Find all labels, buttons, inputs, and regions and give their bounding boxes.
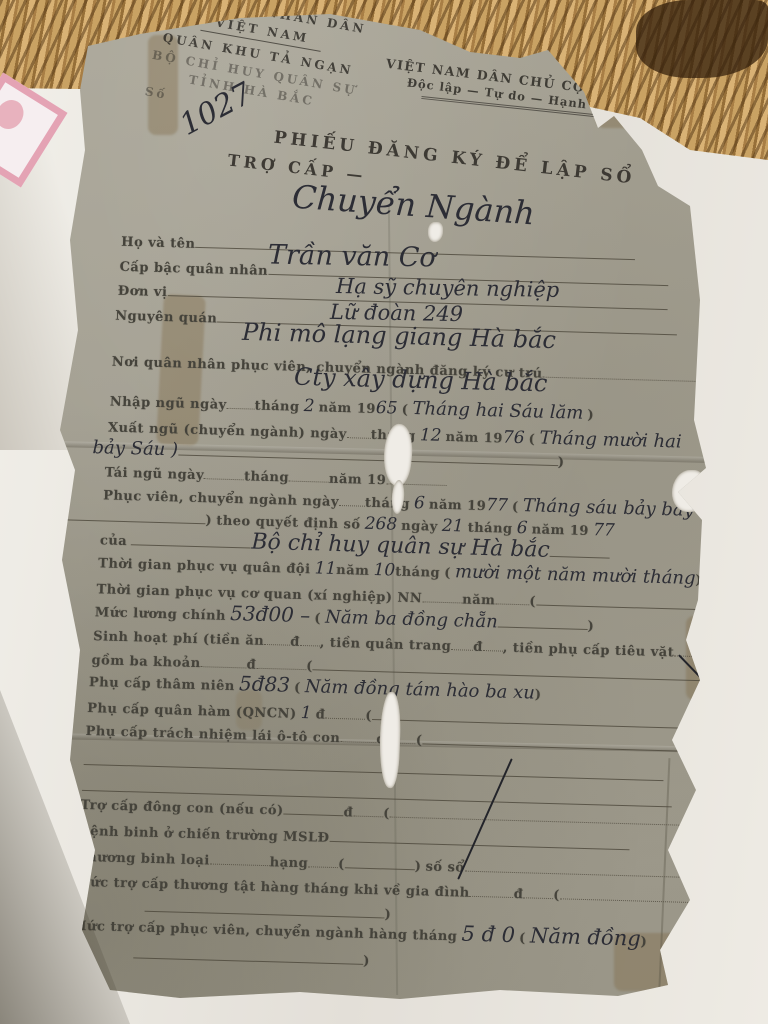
pink-stamp-mark bbox=[0, 95, 29, 134]
field-label: tháng bbox=[254, 399, 299, 415]
paren: ( bbox=[401, 403, 408, 418]
handwritten-date-words: bảy Sáu ) bbox=[92, 437, 178, 460]
fill-line bbox=[339, 494, 365, 507]
handwritten-amount-words: Năm đồng bbox=[530, 923, 641, 950]
field-label: Mức lương chính bbox=[95, 605, 226, 624]
handwritten-native-place: Phi mô lạng giang Hà bắc bbox=[242, 320, 556, 352]
paren: ) bbox=[205, 513, 212, 528]
paren: ) bbox=[415, 859, 422, 874]
fill-line bbox=[178, 443, 558, 466]
fill-line bbox=[84, 753, 664, 781]
field-label: Mức trợ cấp thương tật hàng tháng khi về… bbox=[75, 875, 470, 901]
fill-line bbox=[227, 397, 255, 410]
handwritten-salary: 53đ00 – bbox=[230, 601, 311, 627]
handwritten-month: 6 bbox=[516, 518, 527, 538]
handwritten-year: 77 bbox=[486, 495, 508, 516]
handwritten-rank: Hạ sỹ chuyên nghiệp bbox=[336, 276, 560, 301]
handwritten-month: 6 bbox=[414, 493, 425, 513]
handwritten-amount: 1 bbox=[301, 703, 312, 723]
handwritten-months: 10 bbox=[373, 560, 395, 581]
field-label: Sinh hoạt phí (tiền ăn bbox=[93, 629, 264, 649]
fill-line bbox=[536, 594, 716, 611]
field-label: đ bbox=[316, 707, 326, 722]
fill-line bbox=[345, 856, 415, 870]
handwritten-years: 11 bbox=[314, 558, 336, 579]
field-label: Phụ cấp trách nhiệm lái ô-tô con bbox=[85, 724, 340, 746]
field-label: năm 19 bbox=[429, 498, 487, 515]
close-paren-line: ) bbox=[133, 946, 370, 969]
field-label: đ bbox=[343, 805, 353, 820]
field-label: năm bbox=[336, 563, 370, 579]
close-paren-line: ) bbox=[144, 900, 391, 923]
field-label: Phụ cấp thâm niên bbox=[89, 675, 235, 694]
field-label: hạng bbox=[270, 855, 309, 871]
fill-line bbox=[264, 633, 290, 646]
fill-line bbox=[133, 946, 363, 964]
paren: ) bbox=[587, 408, 594, 423]
field-label: tháng bbox=[467, 521, 512, 537]
handwritten-salary-words: Năm ba đồng chẵn bbox=[325, 607, 498, 633]
field-label: năm 19 bbox=[329, 472, 387, 489]
field-label: Cấp bậc quân nhân bbox=[119, 260, 268, 279]
fill-line bbox=[308, 855, 338, 868]
fill-line bbox=[65, 508, 205, 524]
paren: ( bbox=[314, 611, 321, 626]
fill-line bbox=[483, 639, 503, 652]
fill-line bbox=[256, 657, 306, 670]
fill-line bbox=[325, 707, 365, 720]
paren: ) bbox=[384, 907, 391, 922]
field-label: , tiền quân trang bbox=[320, 636, 452, 655]
field-sick-soldier: Bệnh binh ở chiến trường MSLĐ bbox=[79, 823, 630, 854]
paren: ) bbox=[535, 688, 542, 703]
torn-hole bbox=[428, 222, 443, 242]
handwritten-month: 12 bbox=[420, 425, 442, 446]
handwritten-amount: 5đ83 bbox=[239, 671, 291, 696]
fill-line bbox=[210, 853, 270, 867]
field-label: năm 19 bbox=[318, 400, 376, 417]
fill-line bbox=[204, 467, 244, 480]
handwritten-amount: 5 đ 0 bbox=[461, 922, 515, 947]
mat-shadow bbox=[636, 0, 768, 78]
handwritten-year: 65 bbox=[376, 398, 398, 419]
field-label: đ bbox=[290, 635, 300, 650]
handwritten-residence: Cty xây dựng Hà bắc bbox=[294, 365, 548, 396]
field-label: đ bbox=[513, 887, 523, 902]
field-label: Phục viên, chuyển ngành ngày bbox=[103, 488, 339, 510]
field-label: Họ và tên bbox=[121, 235, 196, 252]
field-label: của bbox=[100, 533, 128, 549]
fill-line bbox=[289, 470, 329, 483]
fill-line bbox=[300, 634, 320, 647]
handwritten-name: Trần văn Cơ bbox=[268, 242, 436, 272]
paren: ( bbox=[519, 931, 526, 946]
paren: ) bbox=[363, 954, 370, 969]
fill-line bbox=[422, 590, 462, 603]
handwritten-year: 77 bbox=[593, 520, 615, 541]
fill-line bbox=[498, 615, 588, 630]
fill-line bbox=[347, 426, 371, 439]
field-label: , tiền phụ cấp tiêu vặt bbox=[503, 641, 675, 661]
field-demob-subsidy: Mức trợ cấp phục viên, chuyển ngành hàng… bbox=[72, 920, 648, 950]
fill-line bbox=[550, 545, 610, 559]
fill-line bbox=[284, 803, 344, 817]
field-label: Mức trợ cấp phục viên, chuyển ngành hàng… bbox=[72, 919, 458, 945]
handwritten-decision-no: 268 bbox=[364, 514, 397, 535]
field-label: Thời gian phục vụ quân đội bbox=[98, 556, 311, 577]
field-label: đ bbox=[473, 640, 483, 655]
paren: ( bbox=[444, 566, 451, 581]
field-label: tháng bbox=[395, 565, 440, 581]
handwritten-year: 76 bbox=[503, 428, 525, 449]
fill-line bbox=[495, 592, 529, 605]
paren: ) bbox=[640, 935, 647, 950]
field-label: Nguyên quán bbox=[115, 309, 218, 327]
handwritten-date-words: Tháng mười hai bbox=[539, 428, 682, 453]
fill-line bbox=[131, 533, 251, 548]
field-label: Bệnh binh ở chiến trường MSLĐ bbox=[79, 824, 330, 846]
handwritten-day: 21 bbox=[442, 516, 464, 537]
paren: ( bbox=[294, 681, 301, 696]
fill-line bbox=[340, 730, 376, 743]
fill-line bbox=[145, 900, 385, 919]
field-label: năm 19 bbox=[445, 430, 503, 447]
fill-line bbox=[353, 805, 383, 818]
photo-of-document: QUÂN ĐỘI NHÂN DÂN VIỆT NAM QUÂN KHU TẢ N… bbox=[0, 0, 768, 1024]
field-label: gồm ba khoản bbox=[91, 653, 200, 671]
paren: ) bbox=[558, 455, 565, 470]
fill-line bbox=[201, 655, 247, 668]
paren: ) bbox=[587, 619, 594, 634]
handwritten-amount-words: Năm đồng tám hào ba xu bbox=[305, 676, 536, 703]
handwritten-month: 2 bbox=[303, 396, 314, 416]
field-label: ngày bbox=[401, 519, 438, 535]
field-label: tháng bbox=[244, 469, 289, 485]
blank-line bbox=[84, 753, 664, 785]
fill-line bbox=[470, 885, 514, 898]
field-label: Trợ cấp đông con (nếu có) bbox=[80, 798, 284, 819]
field-label: năm bbox=[462, 592, 496, 608]
field-label: Thương binh loại bbox=[77, 850, 210, 869]
fill-line bbox=[523, 886, 553, 899]
handwritten-date-words: Tháng sáu bảy bảy bbox=[523, 495, 695, 521]
field-label: Tái ngũ ngày bbox=[105, 465, 205, 483]
field-label: Đơn vị bbox=[118, 284, 168, 300]
handwritten-date-words: Tháng hai Sáu lăm bbox=[412, 398, 583, 424]
paren: ( bbox=[512, 500, 519, 515]
field-label: năm 19 bbox=[531, 522, 589, 539]
fill-line bbox=[451, 638, 473, 651]
field-seniority-allowance: Phụ cấp thâm niên 5đ83 ( Năm đồng tám hà… bbox=[89, 676, 542, 703]
field-label: Nhập ngũ ngày bbox=[110, 395, 227, 413]
field-label: Phụ cấp quân hàm (QNCN) bbox=[87, 701, 297, 722]
field-label: đ bbox=[246, 657, 256, 672]
handwritten-duration-words: mười một năm mười tháng bbox=[455, 561, 696, 589]
paren: ( bbox=[528, 432, 535, 447]
